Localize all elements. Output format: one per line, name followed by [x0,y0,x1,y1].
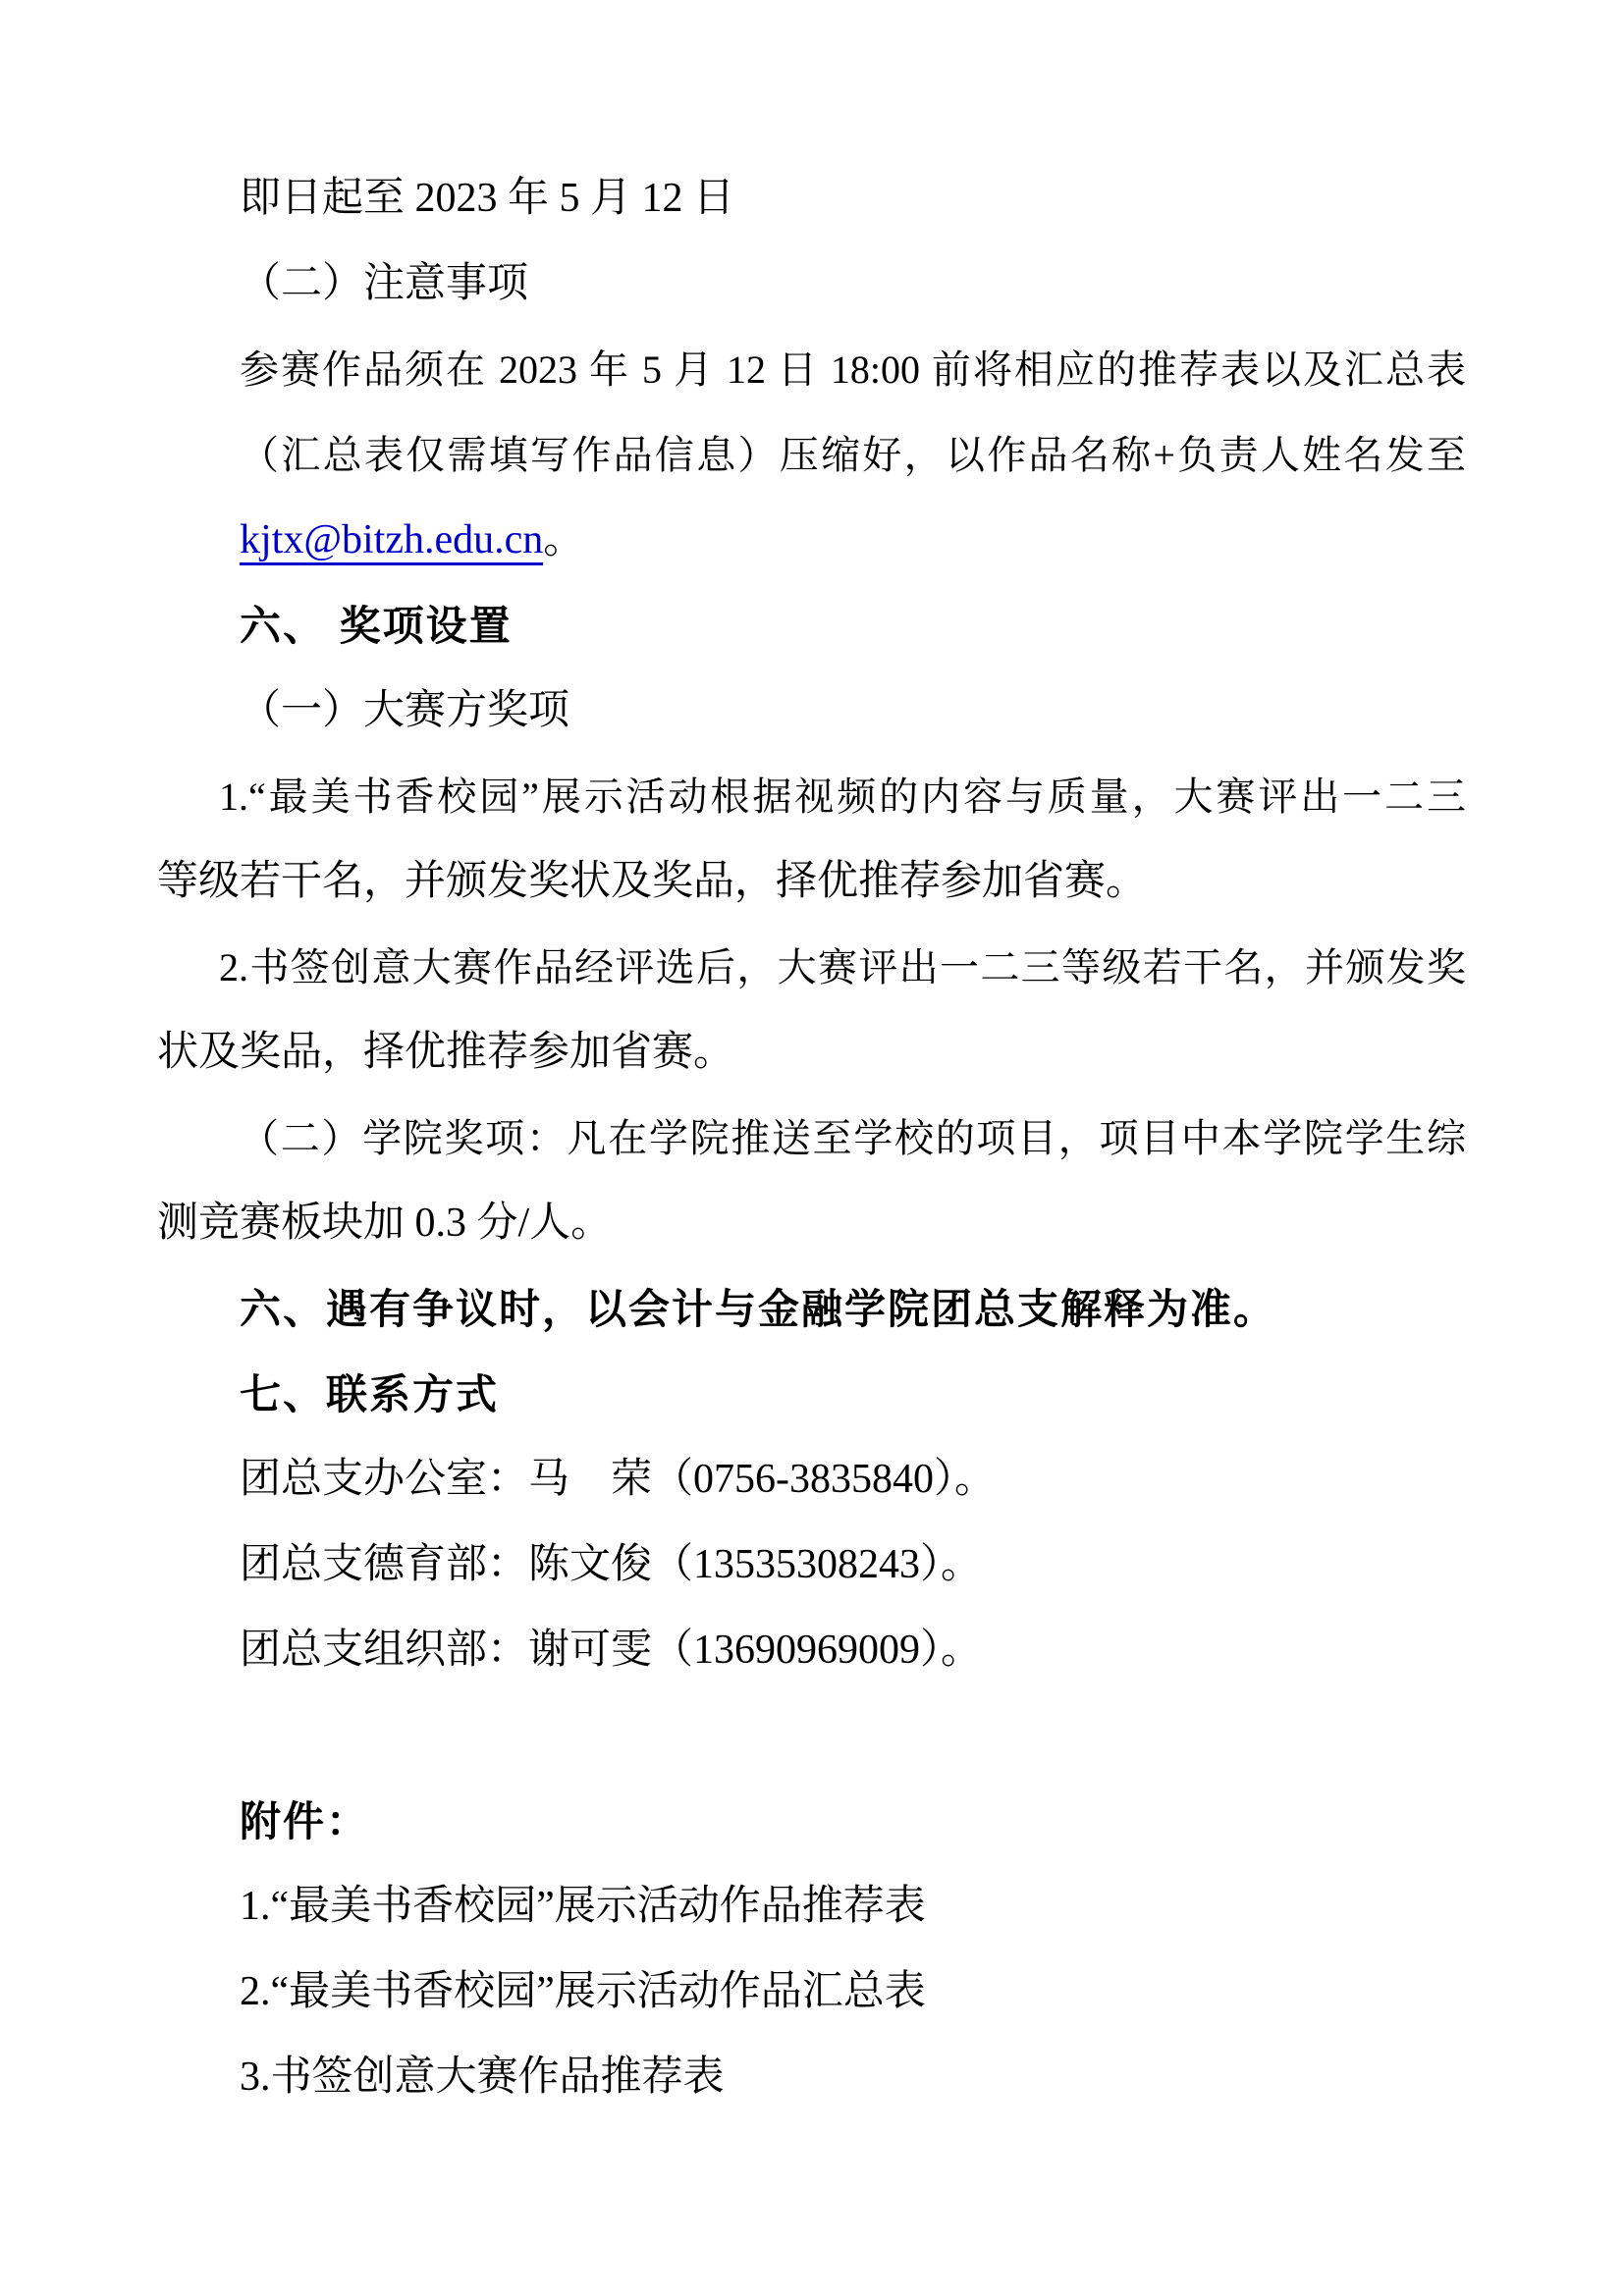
notes-subheading: （二）注意事项 [157,241,1466,327]
awards-heading: 六、 奖项设置 [157,583,1466,668]
deadline-line: 即日起至 2023 年 5 月 12 日 [157,156,1466,241]
attachment-item-1: 1.“最美书香校园”展示活动作品推荐表 [157,1864,1466,1949]
email-line: kjtx@bitzh.edu.cn。 [157,498,1466,583]
contact-organization-dept: 团总支组织部：谢可雯（13690969009）。 [157,1608,1466,1693]
award-item1-line2: 等级若干名，并颁发奖状及奖品，择优推荐参加省赛。 [157,839,1466,925]
email-line-period: 。 [543,517,584,562]
contact-office: 团总支办公室：马 荣（0756-3835840）。 [157,1437,1466,1522]
blank-line [157,1693,1466,1779]
award-item2-line1: 2.书签创意大赛作品经评选后，大赛评出一二三等级若干名，并颁发奖 [157,925,1466,1010]
attachments-heading: 附件： [157,1779,1466,1864]
dispute-heading: 六、遇有争议时，以会计与金融学院团总支解释为准。 [157,1266,1466,1352]
notes-line-1: 参赛作品须在 2023 年 5 月 12 日 18:00 前将相应的推荐表以及汇… [157,327,1466,412]
award-item1-line1: 1.“最美书香校园”展示活动根据视频的内容与质量，大赛评出一二三 [157,754,1466,839]
award-item2-line2: 状及奖品，择优推荐参加省赛。 [157,1010,1466,1095]
attachment-item-2: 2.“最美书香校园”展示活动作品汇总表 [157,1949,1466,2035]
college-award-line2: 测竞赛板块加 0.3 分/人。 [157,1181,1466,1266]
page: 即日起至 2023 年 5 月 12 日 （二）注意事项 参赛作品须在 2023… [0,0,1624,2296]
awards-subheading: （一）大赛方奖项 [157,668,1466,754]
college-award-line1: （二）学院奖项：凡在学院推送至学校的项目，项目中本学院学生综 [157,1095,1466,1181]
contact-moral-education-dept: 团总支德育部：陈文俊（13535308243）。 [157,1522,1466,1608]
email-link[interactable]: kjtx@bitzh.edu.cn [240,517,543,565]
contact-heading: 七、联系方式 [157,1352,1466,1437]
document-body: 即日起至 2023 年 5 月 12 日 （二）注意事项 参赛作品须在 2023… [157,156,1466,2120]
notes-line-2: （汇总表仅需填写作品信息）压缩好，以作品名称+负责人姓名发至 [157,412,1466,498]
attachment-item-3: 3.书签创意大赛作品推荐表 [157,2035,1466,2120]
